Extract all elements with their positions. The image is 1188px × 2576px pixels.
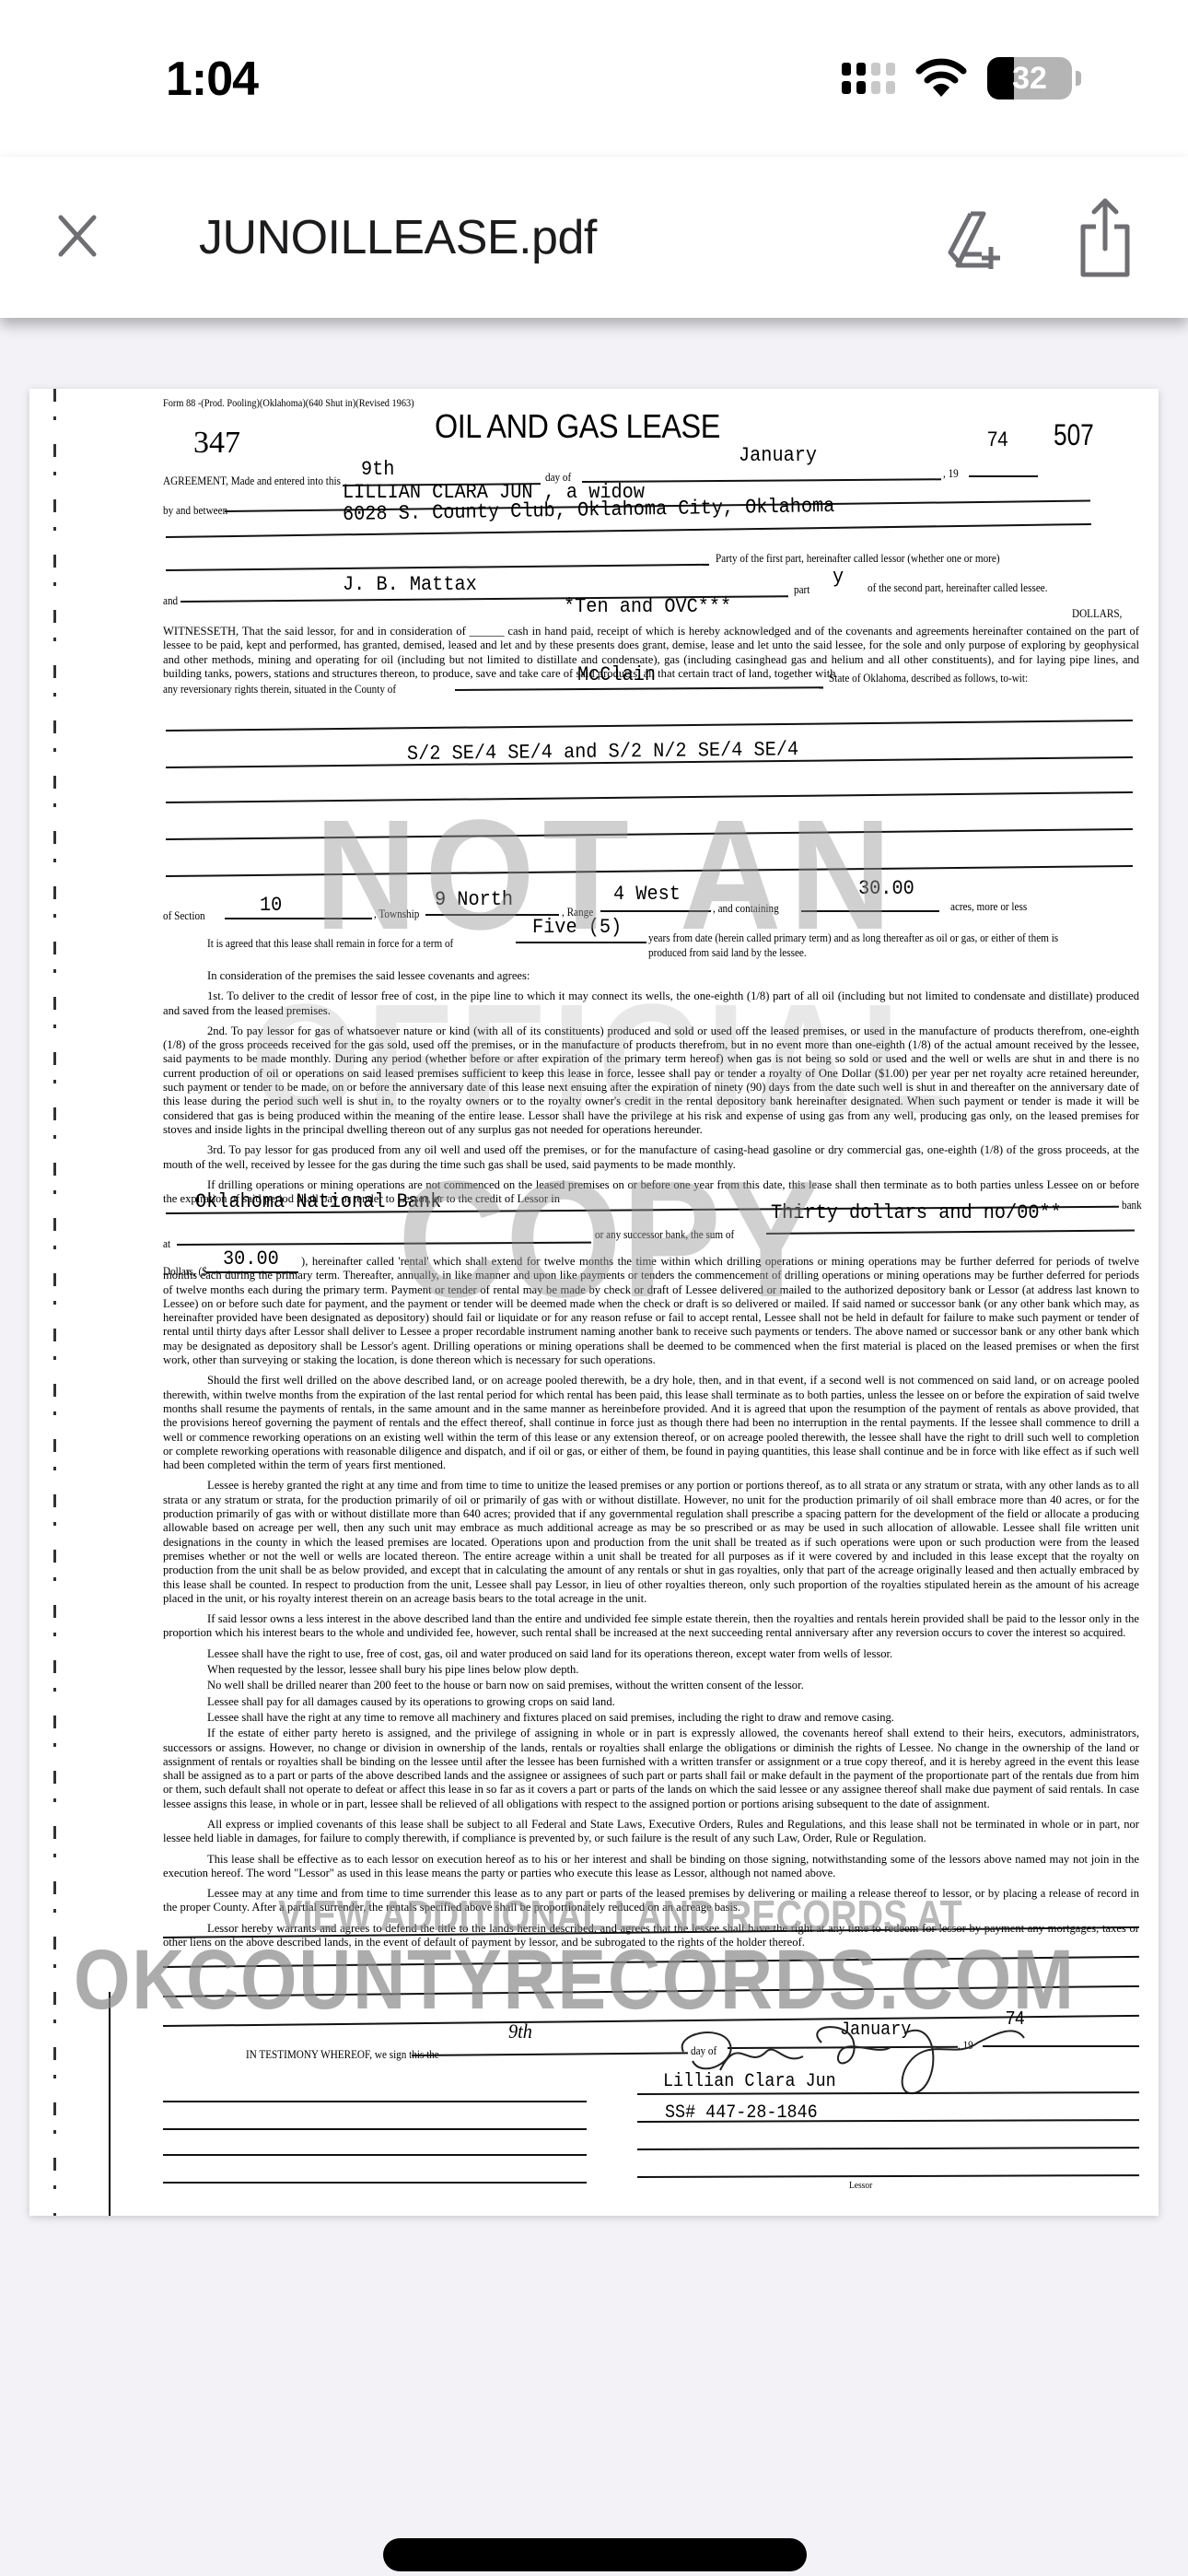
recording-number: 347 <box>193 426 240 461</box>
containing-label: , and containing <box>713 901 779 916</box>
rule <box>166 828 1133 840</box>
rule <box>166 791 1133 803</box>
pdf-viewer-header: JUNOILLEASE.pdf <box>0 157 1188 318</box>
rental-clauses: ), hereinafter called 'rental' which sha… <box>163 1255 1139 1956</box>
battery-icon: 32 <box>987 57 1072 100</box>
book-number: 507 <box>1054 418 1094 452</box>
battery-percent: 32 <box>987 57 1072 100</box>
agreement-day: 9th <box>361 458 394 481</box>
township-value: 9 North <box>435 888 513 911</box>
royalty-clauses: In consideration of the premises the sai… <box>163 969 1139 1212</box>
pdf-page[interactable]: Form 88 -(Prod. Pooling)(Oklahoma)(640 S… <box>29 389 1159 2216</box>
battery-cap <box>1076 71 1081 86</box>
document-title: JUNOILLEASE.pdf <box>199 210 597 265</box>
part-suffix: y <box>833 566 844 589</box>
testimony-label: IN TESTIMONY WHEREOF, we sign this the <box>246 2047 439 2062</box>
pdf-viewer-canvas[interactable]: Form 88 -(Prod. Pooling)(Oklahoma)(640 S… <box>0 318 1188 2576</box>
rule <box>766 1230 1135 1235</box>
rule <box>225 918 372 919</box>
rental-words: Thirty dollars and no/00** <box>771 1201 1062 1224</box>
agreement-year: 74 <box>987 427 1008 451</box>
form-number: Form 88 -(Prod. Pooling)(Oklahoma)(640 S… <box>163 396 414 410</box>
section-label: of Section <box>163 908 205 923</box>
markup-button[interactable] <box>943 208 1009 275</box>
rule <box>163 2182 587 2184</box>
lessor-caption: Lessor <box>849 2180 872 2191</box>
depository-bank: Oklahoma National Bank <box>195 1190 441 1213</box>
term-intro: It is agreed that this lease shall remai… <box>207 936 453 951</box>
part-label: part <box>794 582 809 597</box>
rule <box>166 564 709 571</box>
testimony-day: 9th <box>508 2020 532 2043</box>
acres-label: acres, more or less <box>950 899 1027 914</box>
county-label: any reversionary rights therein, situate… <box>163 682 396 697</box>
scan-artifact <box>109 1992 111 2216</box>
rule <box>177 1242 591 1246</box>
rule <box>600 910 711 912</box>
rule <box>166 523 1091 538</box>
bank-label: bank <box>1122 1198 1142 1212</box>
rule <box>163 2101 587 2102</box>
status-icons: 32 <box>842 57 1081 100</box>
primary-term: Five (5) <box>532 916 622 939</box>
rule <box>516 942 646 943</box>
legal-description: S/2 SE/4 SE/4 and S/2 N/2 SE/4 SE/4 <box>407 738 798 766</box>
signer-name: Lillian Clara Jun <box>663 2071 836 2092</box>
rule <box>637 2174 1139 2178</box>
acreage-value: 30.00 <box>858 877 914 900</box>
consideration-amount: *Ten and OVC*** <box>564 595 731 618</box>
rule <box>455 686 823 691</box>
signer-ssn: SS# 447-28-1846 <box>665 2102 818 2124</box>
close-icon <box>52 210 103 262</box>
rule <box>163 1956 1139 1968</box>
rule <box>166 865 1133 877</box>
section-number: 10 <box>260 894 282 917</box>
party-first-label: Party of the first part, hereinafter cal… <box>716 551 1000 566</box>
share-icon <box>1077 197 1133 280</box>
rule <box>163 1985 1139 1997</box>
state-label: State of Oklahoma, described as follows,… <box>829 671 1028 685</box>
wifi-icon <box>915 58 967 99</box>
range-value: 4 West <box>613 883 681 906</box>
township-label: , Township <box>374 907 419 921</box>
rule <box>969 475 1038 477</box>
share-button[interactable] <box>1077 197 1133 280</box>
rule <box>412 2052 688 2056</box>
year-prefix: , 19 <box>943 466 959 481</box>
home-indicator[interactable] <box>383 2538 807 2571</box>
term-rest: years from date (herein called primary t… <box>648 931 1068 960</box>
at-label: at <box>163 1236 170 1251</box>
rule <box>801 910 939 912</box>
close-button[interactable] <box>52 210 103 262</box>
rule <box>637 2147 1139 2150</box>
and-label: and <box>163 593 178 608</box>
agreement-month: January <box>739 444 817 467</box>
status-bar: 1:04 32 <box>0 0 1188 157</box>
rule <box>163 2154 587 2156</box>
scan-artifact <box>53 389 56 2216</box>
lessee-name: J. B. Mattax <box>343 573 477 596</box>
status-time: 1:04 <box>166 52 258 107</box>
document-heading: OIL AND GAS LEASE <box>435 407 720 446</box>
county-name: McClain <box>577 663 656 686</box>
party-second-label: of the second part, hereinafter called l… <box>868 580 1048 595</box>
between-label: by and between <box>163 503 227 518</box>
rule <box>163 2128 587 2130</box>
markup-icon <box>943 208 1009 275</box>
agreement-label: AGREEMENT, Made and entered into this <box>163 474 341 488</box>
dollars-label: DOLLARS, <box>1072 606 1122 621</box>
cellular-signal-icon <box>842 63 895 94</box>
rule <box>166 720 1133 732</box>
successor-label: or any successor bank, the sum of <box>595 1227 734 1242</box>
